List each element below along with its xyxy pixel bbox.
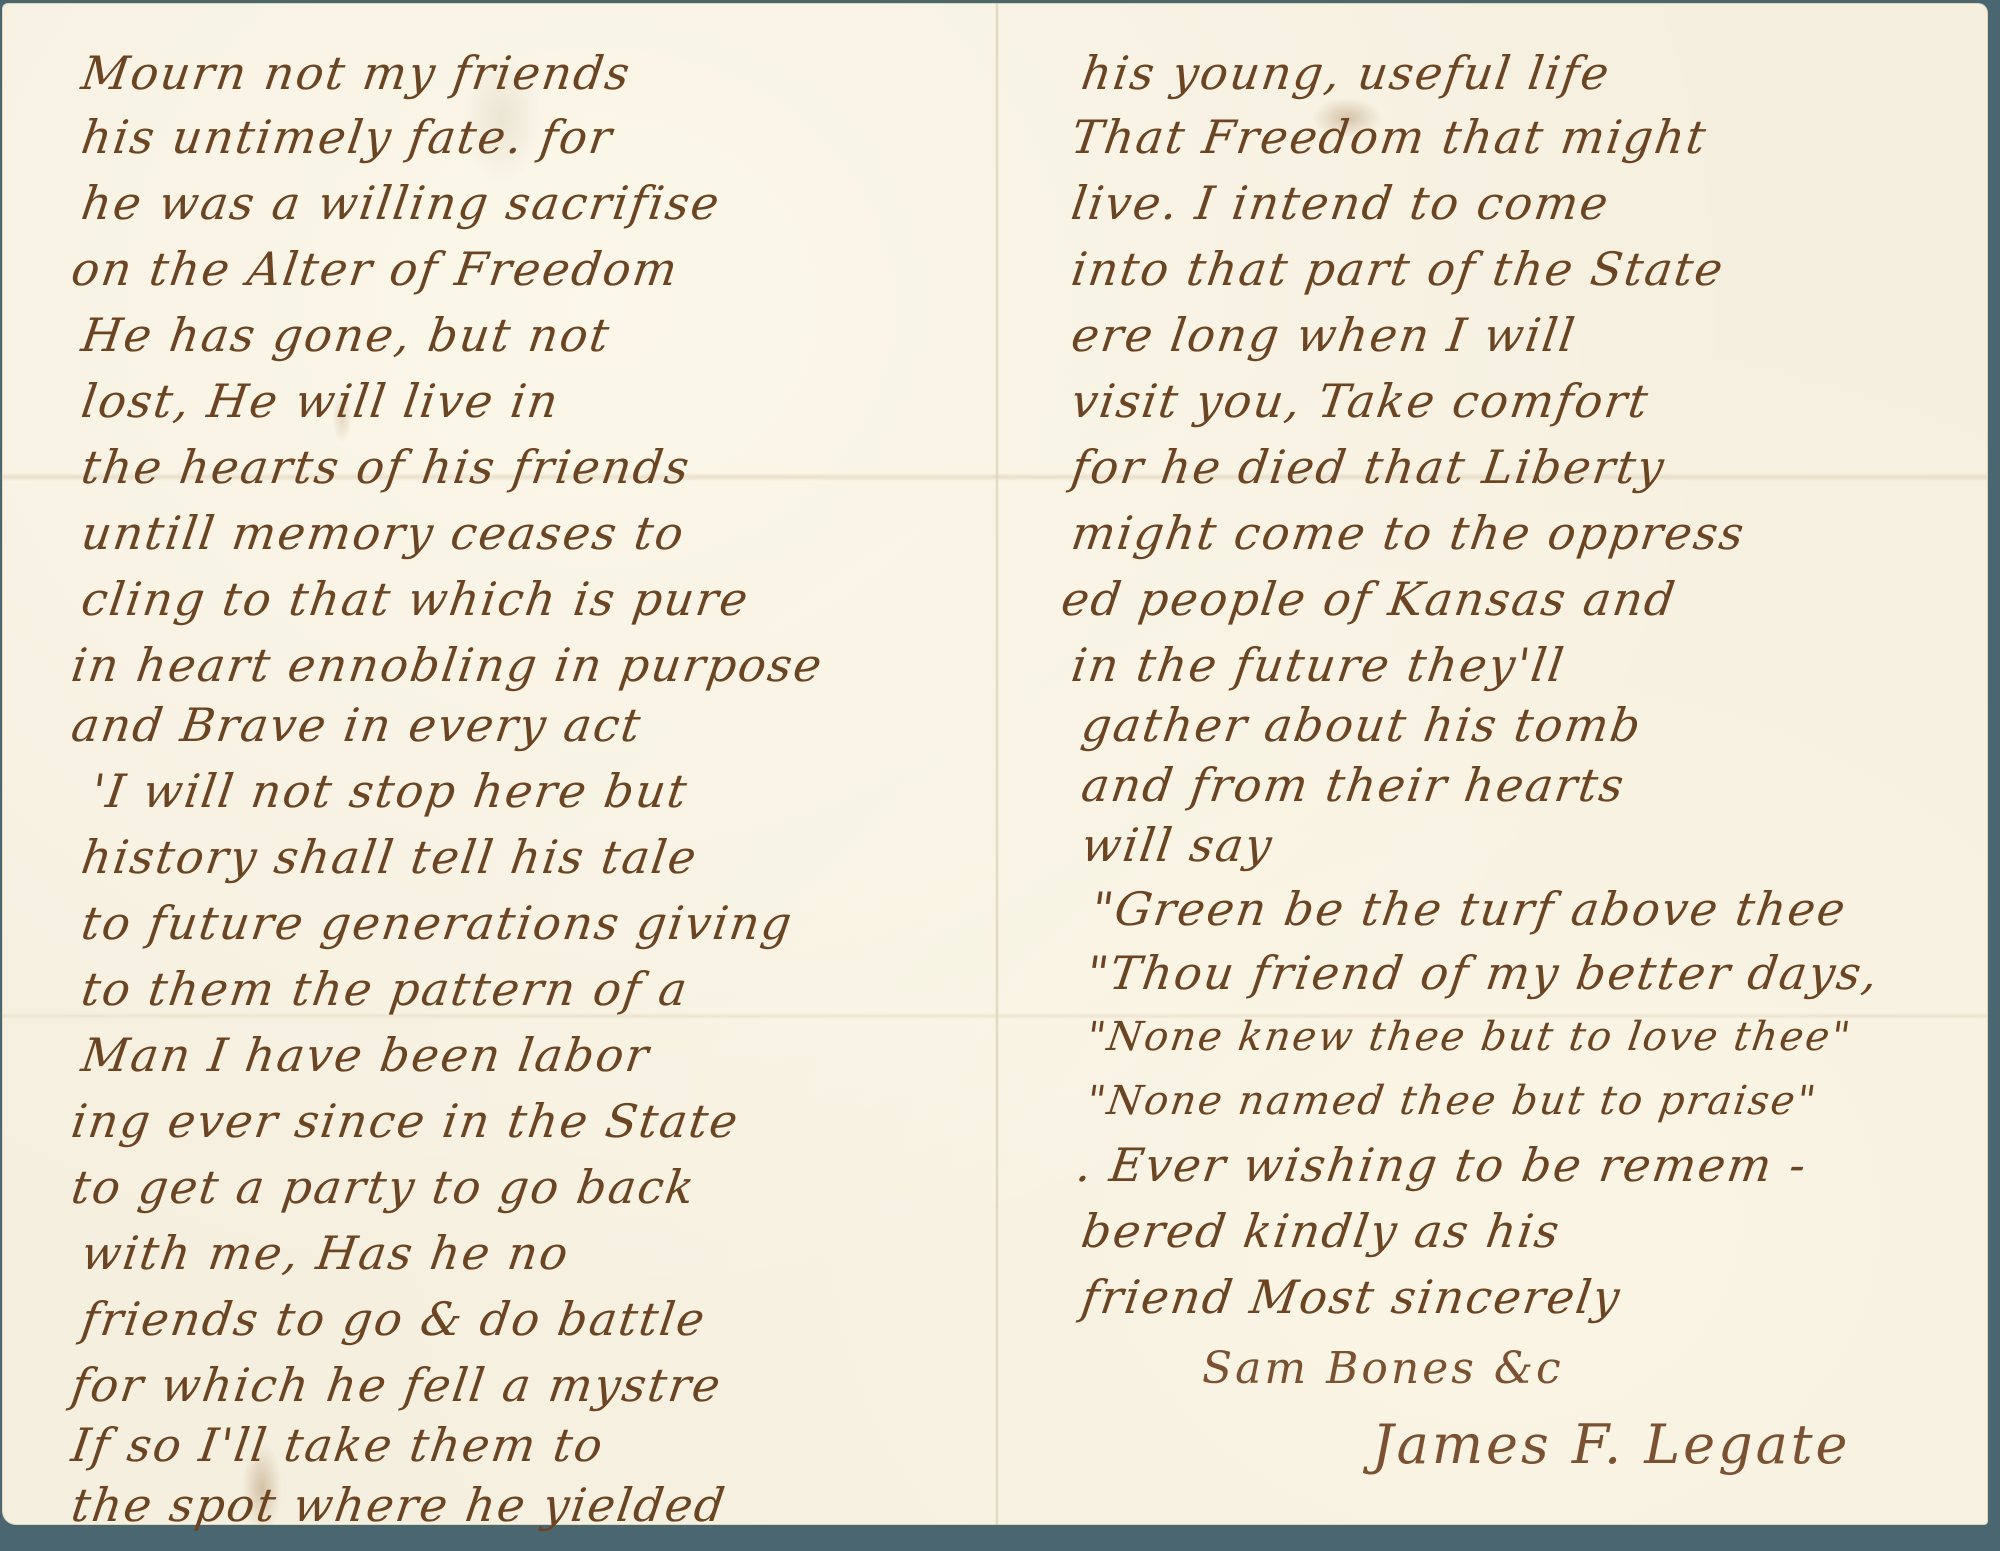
letter-line: with me, Has he no: [78, 1223, 574, 1283]
letter-line: to them the pattern of a: [78, 959, 693, 1019]
letter-line: Mourn not my friends: [78, 43, 635, 103]
letter-line: untill memory ceases to: [78, 503, 689, 563]
letter-line: visit you, Take comfort: [1068, 371, 1654, 431]
letter-line: and from their hearts: [1078, 755, 1630, 815]
letter-line: in heart ennobling in purpose: [68, 635, 827, 695]
letter-line: and Brave in every act: [68, 695, 646, 755]
letter-line: history shall tell his tale: [78, 827, 702, 887]
letter-line: in the future they'll: [1068, 635, 1569, 695]
letter-line: ing ever since in the State: [68, 1091, 743, 1151]
letter-line: live. I intend to come: [1068, 173, 1614, 233]
letter-line: gather about his tomb: [1078, 695, 1646, 755]
letter-line: into that part of the State: [1068, 239, 1729, 299]
letter-line: "Thou friend of my better days,: [1083, 943, 1884, 1003]
letter-line: lost, He will live in: [78, 371, 564, 431]
letter-line: for which he fell a mystre: [68, 1355, 726, 1415]
letter-line: to get a party to go back: [68, 1157, 700, 1217]
letter-line: He has gone, but not: [78, 305, 615, 365]
letter-line: might come to the oppress: [1068, 503, 1750, 563]
letter-line: . Ever wishing to be remem -: [1073, 1135, 1812, 1195]
letter-line: bered kindly as his: [1078, 1201, 1565, 1261]
letter-line: the hearts of his friends: [78, 437, 695, 497]
letter-line: will say: [1078, 815, 1278, 875]
signature-name: James F. Legate: [1372, 1413, 1851, 1476]
letter-line: his young, useful life: [1078, 43, 1615, 103]
letter-sheet: Mourn not my friends his untimely fate. …: [2, 3, 1988, 1525]
letter-line: "Green be the turf above thee: [1088, 879, 1851, 939]
letter-line: for he died that Liberty: [1068, 437, 1670, 497]
letter-line: the spot where he yielded: [68, 1475, 731, 1535]
letter-line: he was a willing sacrifise: [78, 173, 725, 233]
letter-line: If so I'll take them to: [68, 1415, 608, 1475]
letter-line: his untimely fate. for: [78, 107, 618, 167]
letter-line: That Freedom that might: [1068, 107, 1712, 167]
letter-line: to future generations giving: [78, 893, 797, 953]
letter-line: ere long when I will: [1068, 305, 1580, 365]
letter-line: on the Alter of Freedom: [68, 239, 683, 299]
letter-line: "None named thee but to praise": [1083, 1071, 1821, 1131]
letter-line: "None knew thee but to love thee": [1083, 1007, 1856, 1067]
letter-line: friend Most sincerely: [1078, 1267, 1625, 1327]
letter-line: friends to go & do battle: [78, 1289, 710, 1349]
letter-line: Man I have been labor: [78, 1025, 654, 1085]
letter-line: 'I will not stop here but: [88, 761, 693, 821]
letter-line: ed people of Kansas and: [1058, 569, 1681, 629]
letter-line: cling to that which is pure: [78, 569, 754, 629]
center-fold: [995, 3, 999, 1525]
signature-line-1: Sam Bones &c: [1202, 1343, 1564, 1394]
